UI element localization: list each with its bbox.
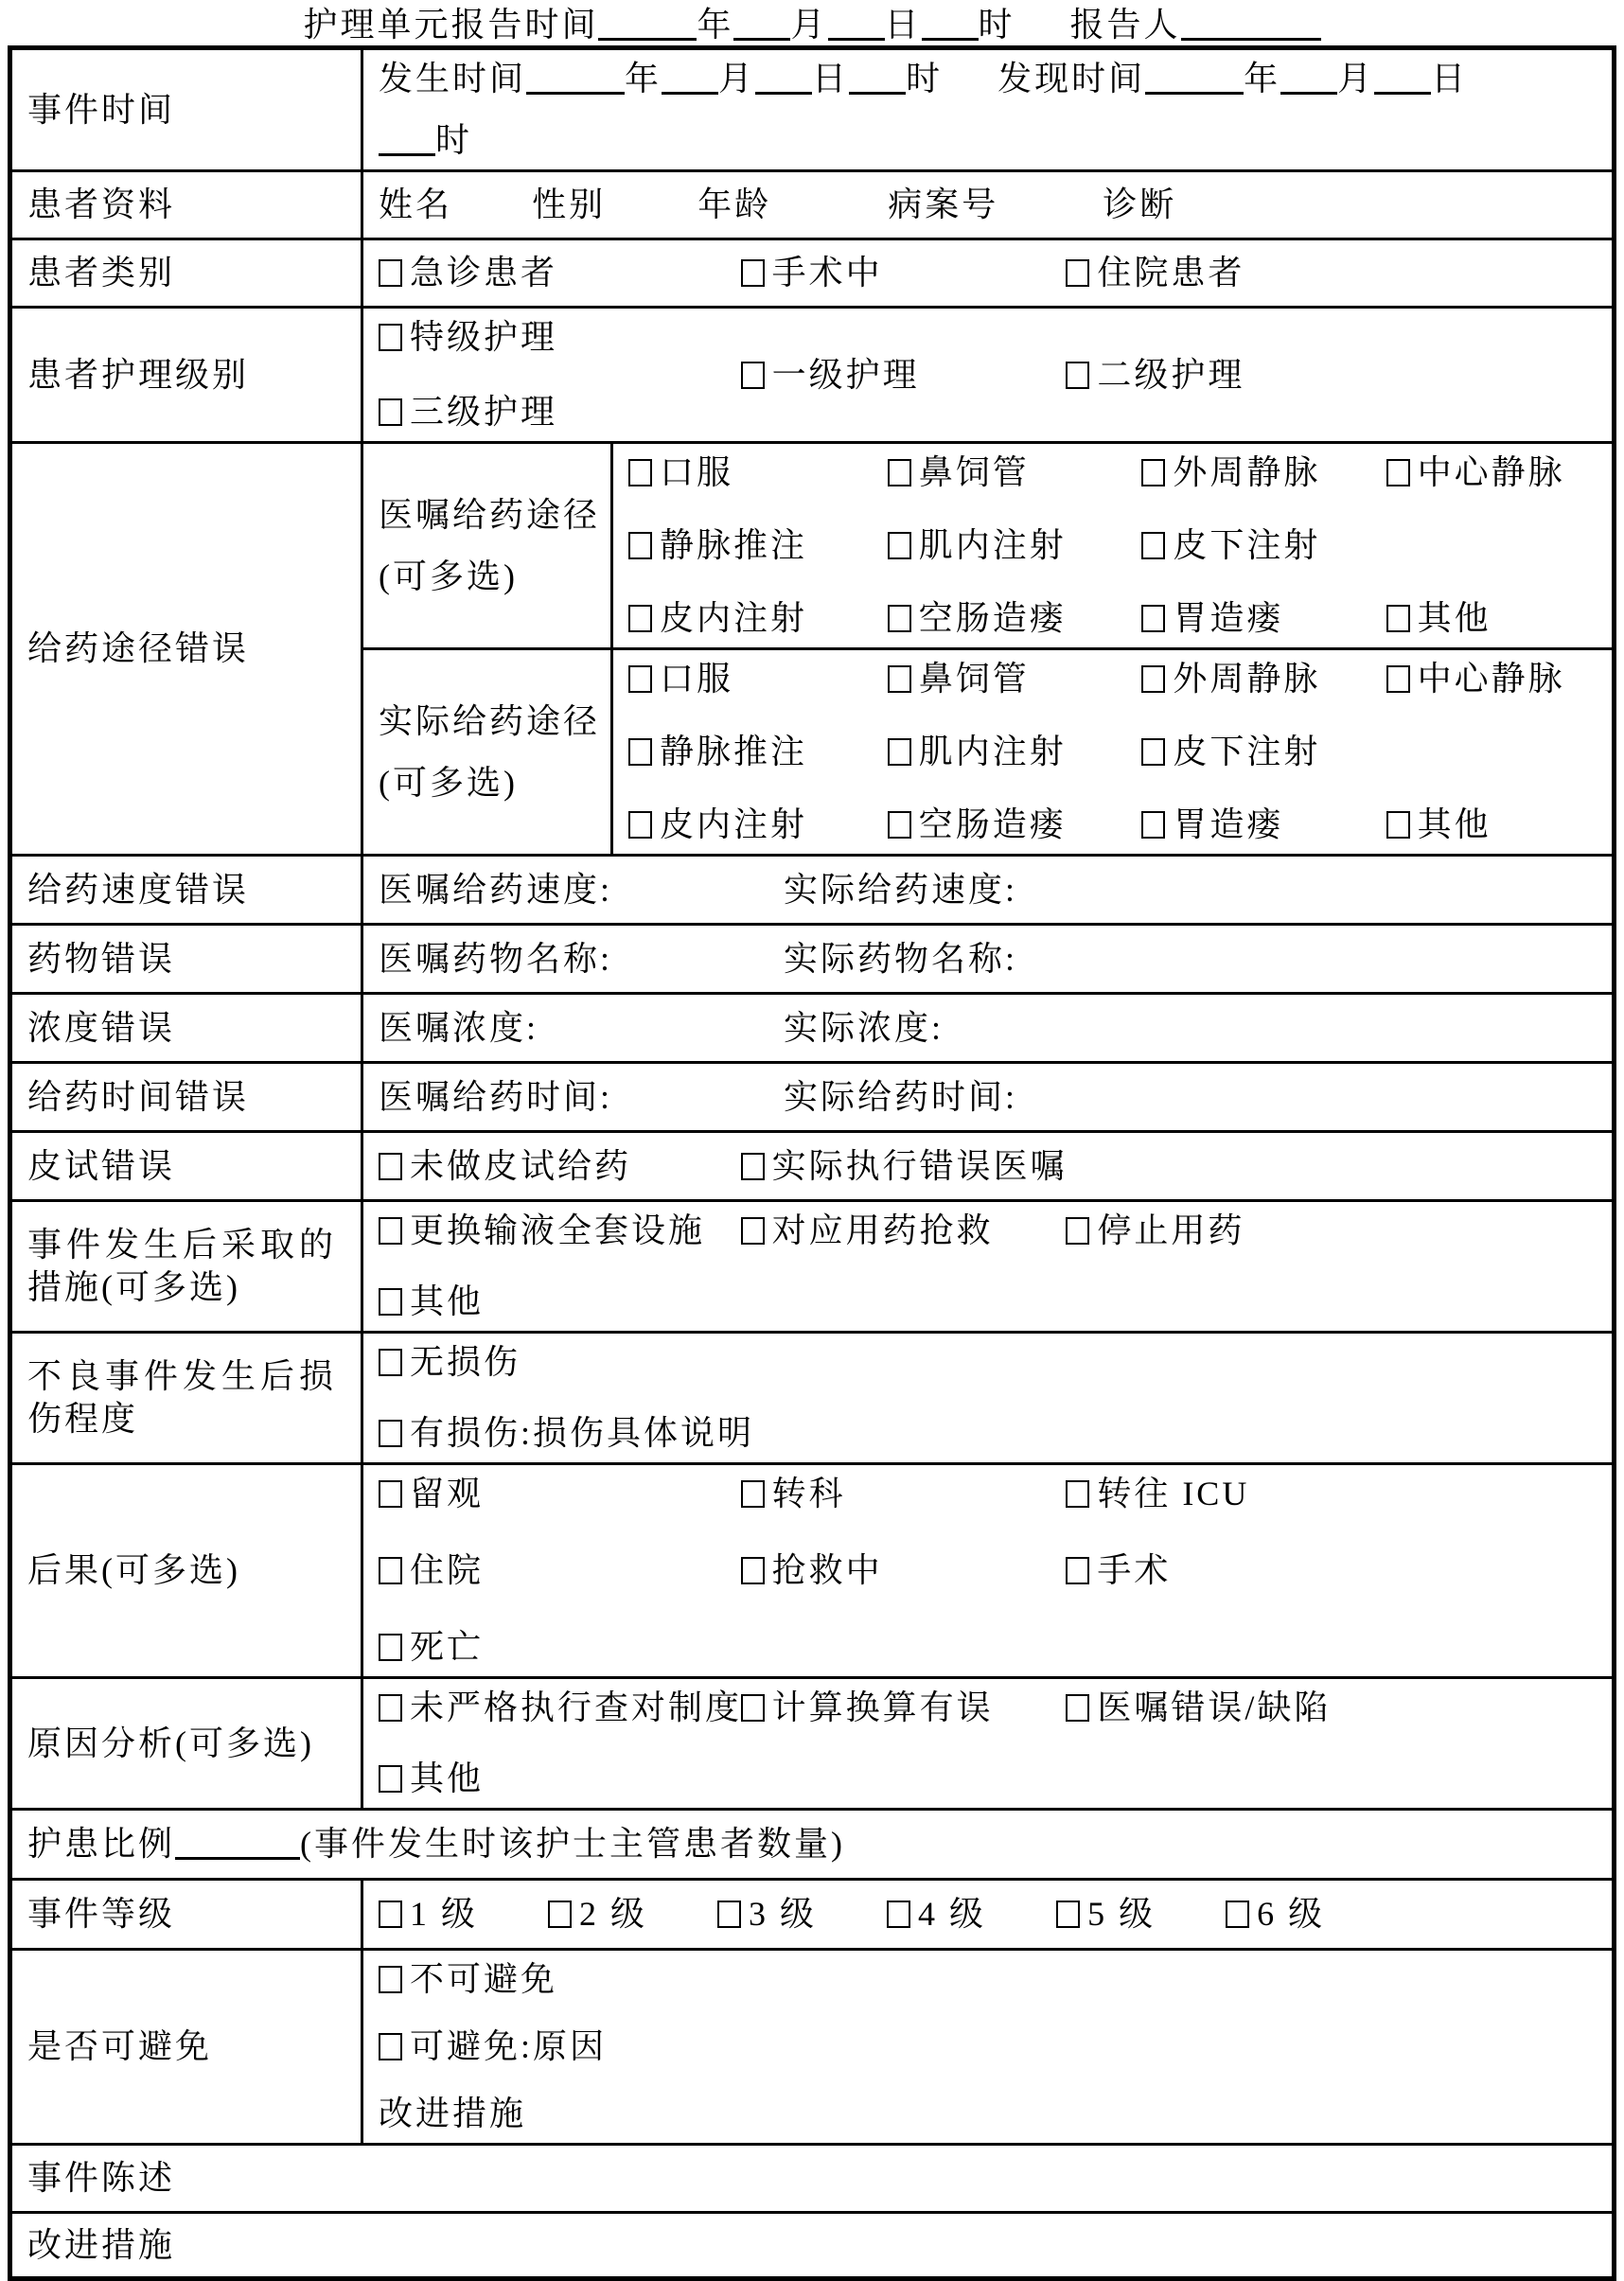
ordered-drug-label: 医嘱药物名称: [379, 938, 784, 981]
row-care-level: 患者护理级别 特级护理 三级护理 一级护理 二级护理 [10, 308, 1615, 443]
checkbox-icon[interactable] [887, 1901, 910, 1928]
checkbox-icon[interactable] [628, 532, 652, 559]
discover-month-blank[interactable] [1280, 63, 1337, 95]
year-label: 年 [697, 6, 733, 44]
avoidable-label: 是否可避免 [10, 1950, 362, 2145]
diagnosis-field-label: 诊断 [1103, 184, 1606, 226]
checkbox-ordered-nasal-feeding-tube[interactable]: 鼻饲管 [888, 451, 1142, 494]
nursing-incident-report-form: 护理单元报告时间年月日时报告人 事件时间 发生时间年月日时发现时间年月日 时 患… [0, 0, 1624, 2162]
ratio-label: 护患比例 [27, 1825, 175, 1863]
checkbox-icon[interactable] [741, 1694, 765, 1722]
patient-type-label: 患者类别 [10, 239, 362, 308]
checkbox-icon[interactable] [1141, 811, 1165, 839]
checkbox-icon[interactable] [628, 811, 652, 839]
occur-year-blank[interactable] [526, 63, 625, 95]
row-speed-error: 给药速度错误 医嘱给药速度: 实际给药速度: [10, 856, 1615, 925]
ordered-route-label: 医嘱给药途径 [379, 494, 601, 537]
checkbox-icon[interactable] [1056, 1901, 1080, 1928]
row-avoidable: 是否可避免 不可避免 可避免:原因 改进措施 [10, 1950, 1615, 2145]
ordered-concentration-label: 医嘱浓度: [379, 1007, 784, 1050]
checkbox-actual-jejunostomy[interactable]: 空肠造瘘 [888, 804, 1142, 846]
checkbox-icon[interactable] [741, 362, 765, 389]
checkbox-calculation-error[interactable]: 计算换算有误 [741, 1687, 1067, 1729]
checkbox-icon[interactable] [379, 1966, 402, 1993]
checkbox-level-4[interactable]: 4 级 [887, 1893, 986, 1936]
checkbox-in-surgery[interactable]: 手术中 [741, 252, 1067, 294]
checkbox-inpatient[interactable]: 住院患者 [1066, 252, 1606, 294]
checkbox-icon[interactable] [1066, 1480, 1089, 1508]
row-improvement-measures: 改进措施 [10, 2213, 1615, 2279]
checkbox-actual-gastrostomy[interactable]: 胃造瘘 [1141, 804, 1386, 846]
checkbox-icon[interactable] [379, 324, 402, 351]
checkbox-ordered-gastrostomy[interactable]: 胃造瘘 [1141, 597, 1386, 640]
checkbox-icon[interactable] [379, 1480, 402, 1508]
ordered-speed-label: 医嘱给药速度: [379, 869, 784, 911]
checkbox-rescue-medication[interactable]: 对应用药抢救 [741, 1210, 1067, 1252]
row-patient-type: 患者类别 急诊患者 手术中 住院患者 [10, 239, 1615, 308]
checkbox-level-1[interactable]: 1 级 [379, 1893, 478, 1936]
checkbox-icon[interactable] [379, 1634, 402, 1661]
checkbox-icon[interactable] [1141, 459, 1165, 486]
checkbox-icon[interactable] [888, 459, 911, 486]
checkbox-icon[interactable] [741, 1153, 765, 1180]
row-event-level: 事件等级 1 级 2 级 3 级 4 级 5 级 6 级 [10, 1880, 1615, 1950]
day-label: 日 [885, 6, 922, 44]
multi-select-note: (可多选) [379, 556, 601, 598]
day-label: 日 [1431, 60, 1468, 97]
checkbox-actual-central-vein[interactable]: 中心静脉 [1386, 658, 1606, 700]
row-drug-error: 药物错误 医嘱药物名称: 实际药物名称: [10, 925, 1615, 994]
checkbox-actual-subcutaneous[interactable]: 皮下注射 [1141, 731, 1386, 773]
checkbox-actual-peripheral-vein[interactable]: 外周静脉 [1141, 658, 1386, 700]
checkbox-death[interactable]: 死亡 [379, 1626, 741, 1669]
checkbox-icon[interactable] [888, 532, 911, 559]
checkbox-transfer-icu[interactable]: 转往 ICU [1066, 1473, 1606, 1515]
checkbox-icon[interactable] [1066, 1557, 1089, 1584]
checkbox-icon[interactable] [888, 738, 911, 766]
row-route-error-ordered: 给药途径错误 医嘱给药途径 (可多选) 口服 鼻饲管 外周静脉 中心静脉 静脉推… [10, 443, 1615, 649]
checkbox-icon[interactable] [1226, 1901, 1249, 1928]
checkbox-level-6[interactable]: 6 级 [1226, 1893, 1325, 1936]
checkbox-icon[interactable] [379, 259, 402, 287]
speed-error-label: 给药速度错误 [10, 856, 362, 925]
route-error-label: 给药途径错误 [10, 443, 362, 856]
checkbox-icon[interactable] [628, 459, 652, 486]
age-field-label: 年龄 [697, 184, 888, 226]
time-error-label: 给药时间错误 [10, 1063, 362, 1132]
actual-route-label: 实际给药途径 [379, 700, 601, 743]
month-label: 月 [1337, 60, 1374, 97]
checkbox-icon[interactable] [888, 665, 911, 693]
checkbox-ordered-intramuscular[interactable]: 肌内注射 [888, 524, 1142, 567]
checkbox-wrong-order-executed[interactable]: 实际执行错误医嘱 [741, 1145, 1067, 1188]
occur-time-label: 发生时间 [379, 60, 526, 97]
record-number-field-label: 病案号 [888, 184, 1103, 226]
checkbox-no-injury[interactable]: 无损伤 [379, 1341, 1606, 1384]
checkbox-level-5[interactable]: 5 级 [1056, 1893, 1156, 1936]
checkbox-order-error-defect[interactable]: 医嘱错误/缺陷 [1066, 1687, 1606, 1729]
form-header-line: 护理单元报告时间年月日时报告人 [0, 0, 1624, 45]
event-statement-label: 事件陈述 [27, 2159, 175, 2197]
checkbox-icon[interactable] [379, 1557, 402, 1584]
discover-hour-blank[interactable] [379, 125, 435, 156]
checkbox-icon[interactable] [379, 1420, 402, 1447]
checkbox-check-system-violation[interactable]: 未严格执行查对制度 [379, 1687, 741, 1729]
checkbox-icon[interactable] [741, 1217, 765, 1245]
checkbox-icon[interactable] [379, 2033, 402, 2060]
checkbox-icon[interactable] [379, 1153, 402, 1180]
checkbox-ordered-iv-push[interactable]: 静脉推注 [628, 524, 888, 567]
actual-time-label: 实际给药时间: [784, 1076, 1606, 1119]
row-concentration-error: 浓度错误 医嘱浓度: 实际浓度: [10, 994, 1615, 1063]
row-skin-test-error: 皮试错误 未做皮试给药 实际执行错误医嘱 [10, 1132, 1615, 1201]
checkbox-actual-intramuscular[interactable]: 肌内注射 [888, 731, 1142, 773]
day-label: 日 [812, 60, 849, 97]
year-label: 年 [625, 60, 662, 97]
row-cause-analysis: 原因分析(可多选) 未严格执行查对制度 计算换算有误 医嘱错误/缺陷 其他 [10, 1678, 1615, 1810]
patient-info-label: 患者资料 [10, 171, 362, 239]
checkbox-icon[interactable] [1066, 1694, 1089, 1722]
occur-month-blank[interactable] [662, 63, 718, 95]
outcome-label: 后果(可多选) [10, 1464, 362, 1678]
skin-test-error-label: 皮试错误 [10, 1132, 362, 1201]
checkbox-icon[interactable] [628, 738, 652, 766]
checkbox-in-rescue[interactable]: 抢救中 [741, 1549, 1067, 1592]
checkbox-icon[interactable] [379, 1901, 402, 1928]
avoidable-improvement-label: 改进措施 [379, 2093, 1606, 2135]
checkbox-ordered-intradermal[interactable]: 皮内注射 [628, 597, 888, 640]
discover-time-label: 发现时间 [997, 60, 1145, 97]
event-level-label: 事件等级 [10, 1880, 362, 1950]
checkbox-icon[interactable] [379, 1217, 402, 1245]
checkbox-icon[interactable] [741, 259, 765, 287]
checkbox-icon[interactable] [548, 1901, 572, 1928]
row-event-time: 事件时间 发生时间年月日时发现时间年月日 时 [10, 48, 1615, 171]
checkbox-actual-oral[interactable]: 口服 [628, 658, 888, 700]
ratio-blank[interactable] [175, 1829, 300, 1860]
incident-report-table: 事件时间 发生时间年月日时发现时间年月日 时 患者资料 姓名 性别 年龄 病案号… [8, 45, 1616, 2281]
discover-day-blank[interactable] [1374, 63, 1431, 95]
row-nurse-patient-ratio: 护患比例(事件发生时该护士主管患者数量) [10, 1810, 1615, 1880]
name-field-label: 姓名 [379, 184, 532, 226]
checkbox-unavoidable[interactable]: 不可避免 [379, 1958, 1606, 2001]
reporter-label: 报告人 [1070, 6, 1181, 44]
checkbox-replace-infusion-set[interactable]: 更换输液全套设施 [379, 1210, 741, 1252]
report-time-label: 护理单元报告时间 [303, 6, 598, 44]
report-year-blank[interactable] [598, 9, 697, 41]
checkbox-avoidable-reason[interactable]: 可避免:原因 [379, 2025, 1606, 2068]
checkbox-icon[interactable] [379, 398, 402, 426]
hour-label: 时 [435, 121, 472, 159]
hour-label: 时 [906, 60, 943, 97]
injury-degree-label: 不良事件发生后损伤程度 [10, 1333, 362, 1464]
checkbox-special-care[interactable]: 特级护理 [379, 316, 741, 359]
checkbox-icon[interactable] [1141, 665, 1165, 693]
checkbox-icon[interactable] [741, 1557, 765, 1584]
checkbox-ordered-subcutaneous[interactable]: 皮下注射 [1141, 524, 1386, 567]
ratio-note: (事件发生时该护士主管患者数量) [300, 1825, 845, 1863]
improvement-measures-label: 改进措施 [27, 2226, 175, 2264]
multi-select-note: (可多选) [379, 762, 601, 805]
checkbox-icon[interactable] [1141, 532, 1165, 559]
checkbox-transfer-department[interactable]: 转科 [741, 1473, 1067, 1515]
row-time-error: 给药时间错误 医嘱给药时间: 实际给药时间: [10, 1063, 1615, 1132]
checkbox-icon[interactable] [741, 1480, 765, 1508]
concentration-error-label: 浓度错误 [10, 994, 362, 1063]
occur-hour-blank[interactable] [849, 63, 906, 95]
checkbox-observation[interactable]: 留观 [379, 1473, 741, 1515]
hour-label: 时 [979, 6, 1015, 44]
checkbox-icon[interactable] [1386, 605, 1410, 632]
report-hour-blank[interactable] [922, 9, 979, 41]
row-injury-degree: 不良事件发生后损伤程度 无损伤 有损伤:损伤具体说明 [10, 1333, 1615, 1464]
checkbox-actual-nasal-feeding-tube[interactable]: 鼻饲管 [888, 658, 1142, 700]
checkbox-icon[interactable] [1386, 811, 1410, 839]
report-day-blank[interactable] [828, 9, 885, 41]
discover-year-blank[interactable] [1145, 63, 1244, 95]
checkbox-stop-medication[interactable]: 停止用药 [1066, 1210, 1606, 1252]
checkbox-icon[interactable] [1066, 1217, 1089, 1245]
actual-speed-label: 实际给药速度: [784, 869, 1606, 911]
row-outcome: 后果(可多选) 留观 转科 转往 ICU 住院 抢救中 手术 死亡 [10, 1464, 1615, 1678]
cause-analysis-label: 原因分析(可多选) [10, 1678, 362, 1810]
occur-day-blank[interactable] [755, 63, 812, 95]
checkbox-no-skin-test[interactable]: 未做皮试给药 [379, 1145, 741, 1188]
month-label: 月 [790, 6, 827, 44]
checkbox-icon[interactable] [1386, 459, 1410, 486]
checkbox-actual-other[interactable]: 其他 [1386, 804, 1606, 846]
checkbox-actual-intradermal[interactable]: 皮内注射 [628, 804, 888, 846]
checkbox-emergency-patient[interactable]: 急诊患者 [379, 252, 741, 294]
row-patient-info: 患者资料 姓名 性别 年龄 病案号 诊断 [10, 171, 1615, 239]
checkbox-icon[interactable] [628, 665, 652, 693]
checkbox-icon[interactable] [379, 1694, 402, 1722]
checkbox-level2-care[interactable]: 二级护理 [1066, 354, 1606, 397]
year-label: 年 [1244, 60, 1280, 97]
checkbox-injury-with-description[interactable]: 有损伤:损伤具体说明 [379, 1412, 1606, 1455]
checkbox-icon[interactable] [717, 1901, 741, 1928]
checkbox-icon[interactable] [1141, 605, 1165, 632]
checkbox-ordered-peripheral-vein[interactable]: 外周静脉 [1141, 451, 1386, 494]
checkbox-icon[interactable] [1141, 738, 1165, 766]
checkbox-actual-iv-push[interactable]: 静脉推注 [628, 731, 888, 773]
row-event-statement: 事件陈述 [10, 2145, 1615, 2213]
actual-drug-label: 实际药物名称: [784, 938, 1606, 981]
checkbox-ordered-other[interactable]: 其他 [1386, 597, 1606, 640]
checkbox-icon[interactable] [1066, 362, 1089, 389]
reporter-blank[interactable] [1181, 9, 1321, 41]
measures-label: 事件发生后采取的措施(可多选) [10, 1201, 362, 1333]
checkbox-icon[interactable] [379, 1765, 402, 1793]
ordered-time-label: 医嘱给药时间: [379, 1076, 784, 1119]
checkbox-icon[interactable] [888, 605, 911, 632]
checkbox-icon[interactable] [628, 605, 652, 632]
gender-field-label: 性别 [532, 184, 697, 226]
row-measures: 事件发生后采取的措施(可多选) 更换输液全套设施 对应用药抢救 停止用药 其他 [10, 1201, 1615, 1333]
checkbox-ordered-jejunostomy[interactable]: 空肠造瘘 [888, 597, 1142, 640]
checkbox-level1-care[interactable]: 一级护理 [741, 354, 1067, 397]
checkbox-level3-care[interactable]: 三级护理 [379, 391, 741, 433]
event-time-label: 事件时间 [10, 48, 362, 171]
checkbox-icon[interactable] [1066, 259, 1089, 287]
checkbox-surgery[interactable]: 手术 [1066, 1549, 1606, 1592]
checkbox-icon[interactable] [1386, 665, 1410, 693]
drug-error-label: 药物错误 [10, 925, 362, 994]
checkbox-icon[interactable] [888, 811, 911, 839]
month-label: 月 [718, 60, 755, 97]
report-month-blank[interactable] [733, 9, 790, 41]
checkbox-cause-other[interactable]: 其他 [379, 1758, 1606, 1800]
checkbox-ordered-central-vein[interactable]: 中心静脉 [1386, 451, 1606, 494]
checkbox-icon[interactable] [379, 1349, 402, 1376]
checkbox-measures-other[interactable]: 其他 [379, 1281, 1606, 1323]
actual-concentration-label: 实际浓度: [784, 1007, 1606, 1050]
checkbox-icon[interactable] [379, 1288, 402, 1316]
care-level-label: 患者护理级别 [10, 308, 362, 443]
checkbox-level-2[interactable]: 2 级 [548, 1893, 647, 1936]
checkbox-level-3[interactable]: 3 级 [717, 1893, 817, 1936]
checkbox-hospitalization[interactable]: 住院 [379, 1549, 741, 1592]
checkbox-ordered-oral[interactable]: 口服 [628, 451, 888, 494]
